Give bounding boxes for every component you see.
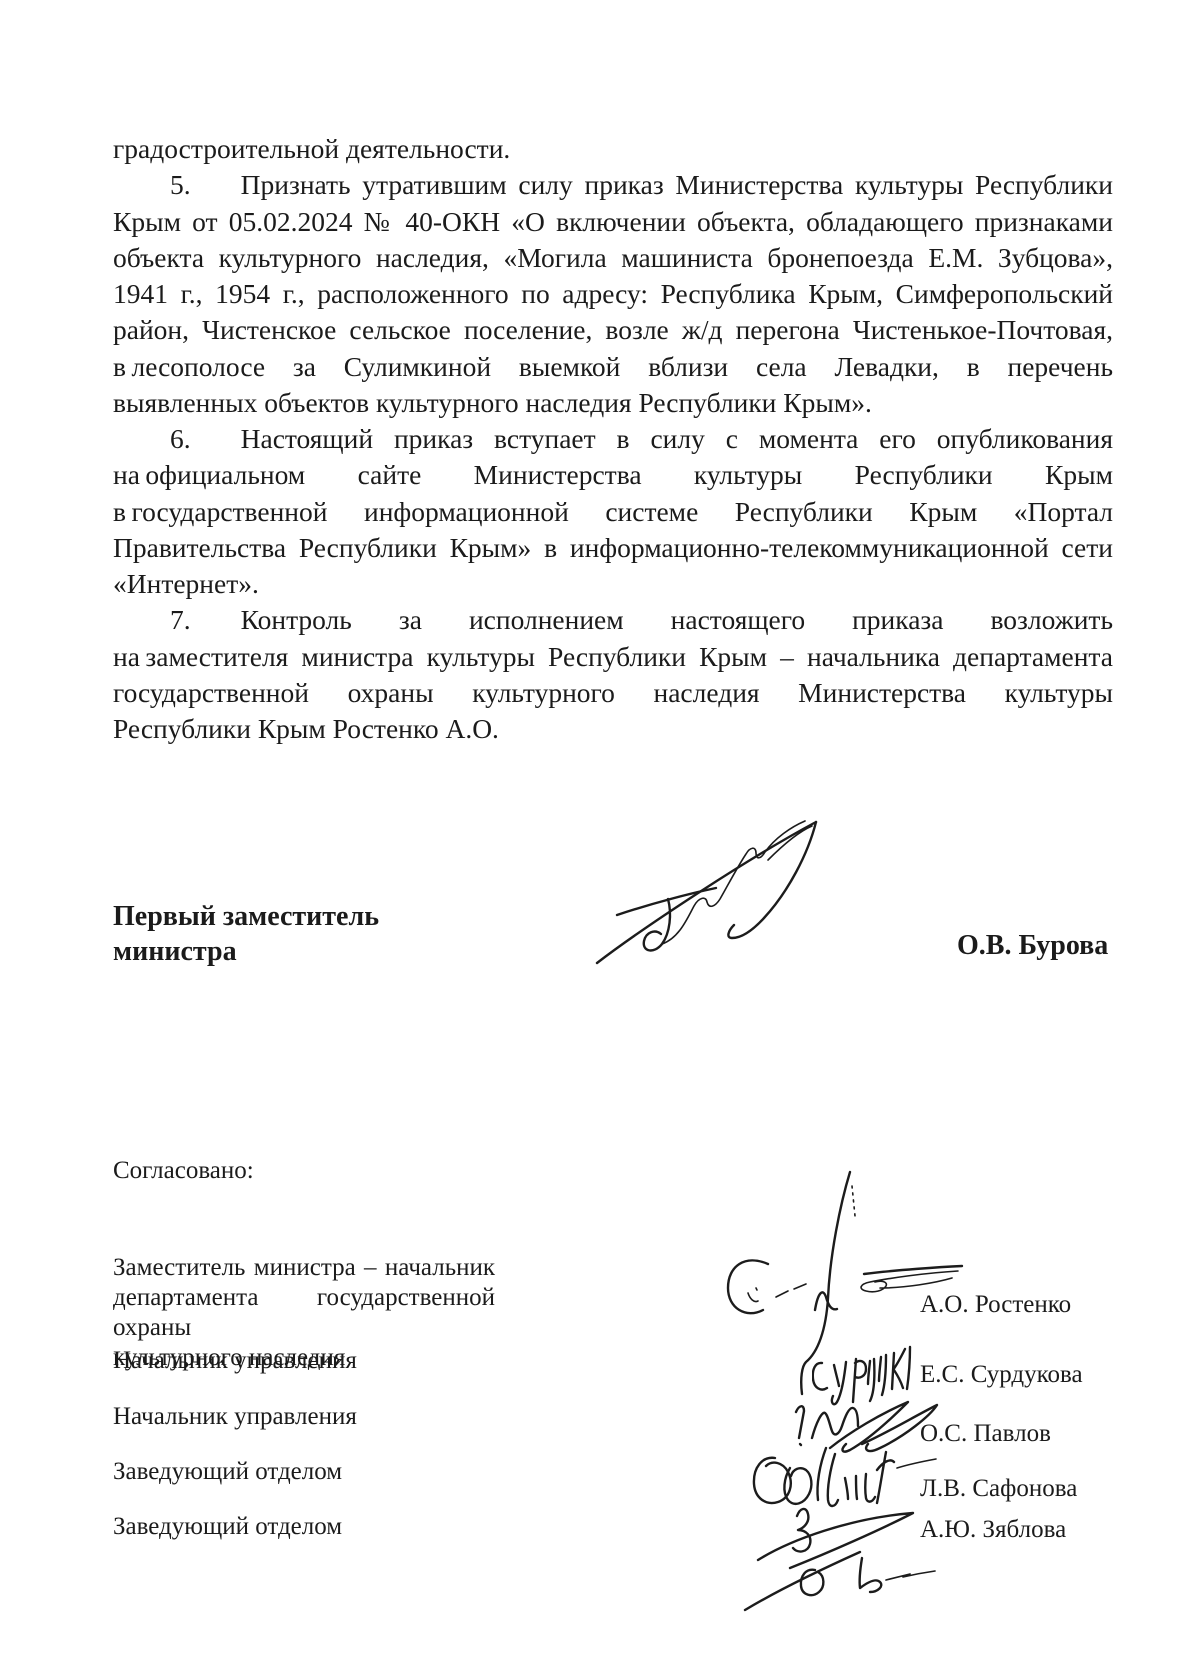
body-line: государственной охраны культурного насле… [113, 675, 1113, 711]
signature-burova [595, 810, 830, 975]
paragraph-number: 7. [170, 604, 191, 635]
body-line: 6.Настоящий приказ вступает в силу с мом… [113, 421, 1113, 457]
approval-label: Согласовано: [113, 1157, 254, 1185]
body-line: объекта культурного наследия, «Могила ма… [113, 240, 1113, 276]
approval-position-head-of-department-2: Заведующий отделом [113, 1512, 533, 1542]
paragraph-number: 6. [170, 423, 191, 454]
body-text: градостроительной деятельности. 5.Призна… [113, 131, 1113, 747]
body-line: градостроительной деятельности. [113, 131, 1113, 167]
approval-name-safonova: Л.В. Сафонова [920, 1475, 1077, 1503]
document-page: градостроительной деятельности. 5.Призна… [0, 0, 1200, 1678]
signatory-name: О.В. Бурова [957, 930, 1108, 962]
signatory-position: Первый заместитель министра [113, 899, 379, 969]
body-line: Республики Крым Ростенко А.О. [113, 711, 1113, 747]
body-line: на заместителя министра культуры Республ… [113, 639, 1113, 675]
approval-position-head-of-department-1: Заведующий отделом [113, 1457, 533, 1487]
body-line: Правительства Республики Крым» в информа… [113, 530, 1113, 566]
body-line: 7.Контроль за исполнением настоящего при… [113, 602, 1113, 638]
body-line: Крым от 05.02.2024 № 40-ОКН «О включении… [113, 204, 1113, 240]
signatory-position-line1: Первый заместитель [113, 899, 379, 934]
signature-zyablova [740, 1505, 940, 1613]
body-line: на официальном сайте Министерства культу… [113, 457, 1113, 493]
body-line: 5.Признать утратившим силу приказ Минист… [113, 167, 1113, 203]
body-line: в лесополосе за Сулимкиной выемкой вблиз… [113, 349, 1113, 385]
body-line: в государственной информационной системе… [113, 494, 1113, 530]
signatory-position-line2: министра [113, 934, 379, 969]
body-line: 1941 г., 1954 г., расположенного по адре… [113, 276, 1113, 312]
body-line: район, Чистенское сельское поселение, во… [113, 312, 1113, 348]
approval-position-head-of-directorate-1: Начальник управления [113, 1346, 533, 1376]
approval-position-head-of-directorate-2: Начальник управления [113, 1402, 533, 1432]
approval-name-zyablova: А.Ю. Зяблова [920, 1516, 1066, 1544]
body-line: выявленных объектов культурного наследия… [113, 385, 1113, 421]
paragraph-number: 5. [170, 169, 191, 200]
body-line: «Интернет». [113, 566, 1113, 602]
